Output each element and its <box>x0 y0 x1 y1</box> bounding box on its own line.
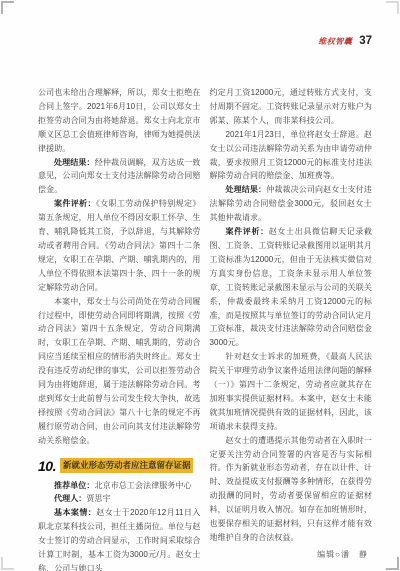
page-number: 37 <box>359 35 372 47</box>
recommending-unit-label: 推荐单位： <box>54 481 95 490</box>
paragraph-text: 公司也未给出合理解释，所以，郑女士拒绝在合同上签字。2021年6月10日，公司以… <box>38 88 201 153</box>
paragraph-case10-overtime: 针对赵女士诉求的加班费，《最高人民法院关于审理劳动争议案件适用法律问题的解释（一… <box>210 350 373 433</box>
crop-mark-top-right <box>386 1 399 14</box>
analysis-label: 案件评析： <box>226 227 269 236</box>
meta-agent: 代理人：贾思宇 <box>38 492 201 506</box>
paragraph-case10-facts-continuation: 约定月工资12000元，通过转账方式支付，支付周期不固定。工资转账记录显示对方账… <box>210 86 373 128</box>
paragraph-text: 针对赵女士诉求的加班费，《最高人民法院关于审理劳动争议案件适用法律问题的解释（一… <box>210 352 373 431</box>
section-number: 10. <box>38 458 56 474</box>
paragraph-text: 赵女士出具微信聊天记录截图、工资条、工资转账记录截图用以证明其月工资标准为120… <box>210 227 373 347</box>
paragraph-case10-facts: 基本案情：赵女士于2020年12月11日入职北京某科技公司，担任主播岗位。单位与… <box>38 506 201 571</box>
paragraph-text: 约定月工资12000元，通过转账方式支付，支付周期不固定。工资转账记录显示对方账… <box>210 88 373 125</box>
magazine-page: 维权智囊 37 公司也未给出合理解释，所以，郑女士拒绝在合同上签字。2021年6… <box>0 0 400 571</box>
recommending-unit-value: 北京市总工会法律服务中心 <box>95 481 192 490</box>
paragraph-text: 本案中，郑女士与公司尚处在劳动合同履行过程中，即使劳动合同即将期满，按照《劳动合… <box>38 297 201 445</box>
meta-recommending-unit: 推荐单位：北京市总工会法律服务中心 <box>38 479 201 493</box>
paragraph-text: 2021年1月23日，单位将赵女士辞退。赵女士以公司违法解除劳动关系为由申请劳动… <box>210 130 373 181</box>
paragraph-text: 赵女士的遭遇提示其他劳动者在入职时一定要关注劳动合同签署的内容是否与实际相符。作… <box>210 436 373 542</box>
paragraph-case9-result: 处理结果：经仲裁员调解，双方达成一致意见，公司向郑女士支付违法解除劳动合同赔偿金… <box>38 156 201 198</box>
agent-value: 贾思宇 <box>86 494 110 503</box>
result-label: 处理结果： <box>226 185 267 194</box>
crop-mark-top-left <box>1 1 14 14</box>
paragraph-case9-analysis: 案件评析：《女职工劳动保护特别规定》第五条规定，用人单位不得因女职工怀孕、生育、… <box>38 197 201 294</box>
paragraph-text: 《女职工劳动保护特别规定》第五条规定，用人单位不得因女职工怀孕、生育、哺乳降低其… <box>38 199 201 291</box>
editor-credit: 编辑○潘 静 <box>210 549 373 560</box>
paragraph-case10-advice: 赵女士的遭遇提示其他劳动者在入职时一定要关注劳动合同签署的内容是否与实际相符。作… <box>210 434 373 545</box>
case-facts-label: 基本案情： <box>54 508 96 517</box>
result-label: 处理结果： <box>54 158 95 167</box>
editor-credit-text: 编辑○潘 静 <box>317 550 368 559</box>
paragraph-case9-continuation: 公司也未给出合理解释，所以，郑女士拒绝在合同上签字。2021年6月10日，公司以… <box>38 86 201 156</box>
paragraph-text: 赵女士于2020年12月11日入职北京某科技公司，担任主播岗位。单位与赵女士签订… <box>38 508 201 571</box>
paragraph-case10-analysis: 案件评析：赵女士出具微信聊天记录截图、工资条、工资转账记录截图用以证明其月工资标… <box>210 225 373 350</box>
crop-mark-bottom-left <box>1 557 14 570</box>
section-10-header: 10. 新就业形态劳动者应注意留存证据 <box>38 458 201 474</box>
two-column-body: 公司也未给出合理解释，所以，郑女士拒绝在合同上签字。2021年6月10日，公司以… <box>38 86 372 571</box>
right-column: 约定月工资12000元，通过转账方式支付，支付周期不固定。工资转账记录显示对方账… <box>210 86 373 571</box>
paragraph-case9-analysis-2: 本案中，郑女士与公司尚处在劳动合同履行过程中，即使劳动合同即将期满，按照《劳动合… <box>38 295 201 448</box>
page-header: 维权智囊 37 <box>318 35 372 47</box>
column-tag: 维权智囊 <box>318 36 352 47</box>
crop-mark-bottom-right <box>386 557 399 570</box>
paragraph-case10-dismissal: 2021年1月23日，单位将赵女士辞退。赵女士以公司违法解除劳动关系为由申请劳动… <box>210 128 373 184</box>
paragraph-case10-result: 处理结果：仲裁裁决公司向赵女士支付违法解除劳动合同赔偿金3000元，驳回赵女士其… <box>210 183 373 225</box>
left-column: 公司也未给出合理解释，所以，郑女士拒绝在合同上签字。2021年6月10日，公司以… <box>38 86 201 571</box>
agent-label: 代理人： <box>54 494 86 503</box>
analysis-label: 案件评析： <box>54 199 96 208</box>
section-title-highlighted: 新就业形态劳动者应注意留存证据 <box>60 458 194 473</box>
